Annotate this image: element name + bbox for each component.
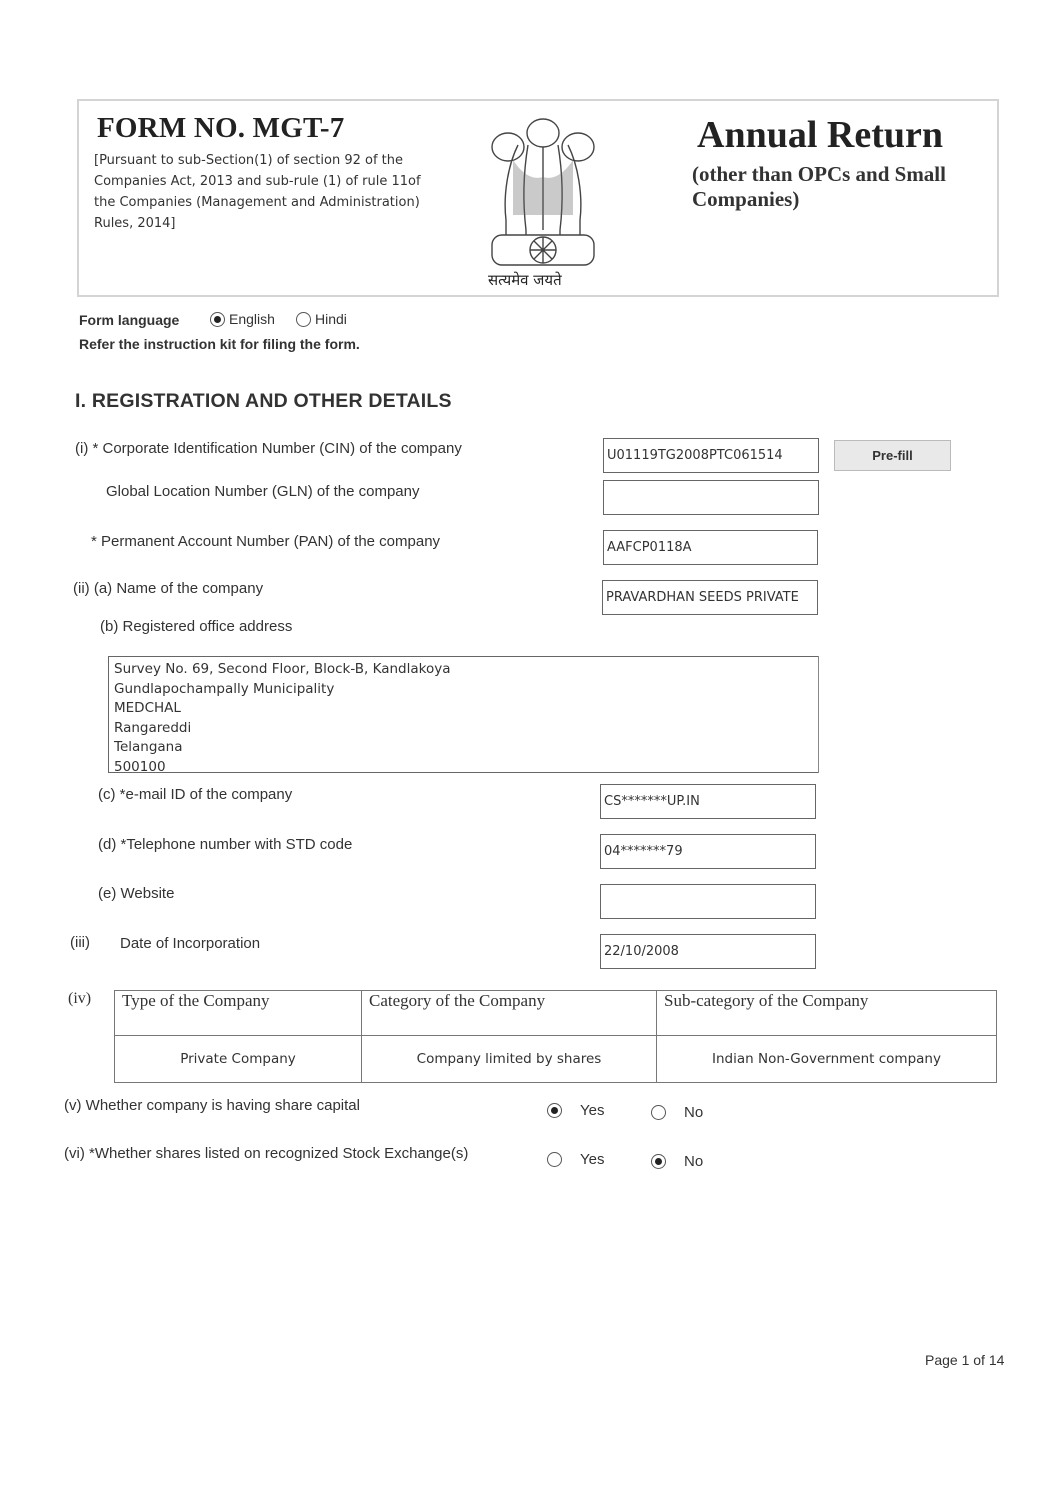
phone-label: (d) *Telephone number with STD code xyxy=(98,836,352,853)
header-category: Category of the Company xyxy=(362,991,657,1036)
listed-yes-label: Yes xyxy=(580,1151,604,1168)
gln-field[interactable] xyxy=(603,480,819,515)
form-subtitle: (other than OPCs and Small Companies) xyxy=(692,162,992,212)
cin-field[interactable]: U01119TG2008PTC061514 xyxy=(603,438,819,473)
company-table-num: (iv) xyxy=(68,990,91,1008)
website-field[interactable] xyxy=(600,884,816,919)
incorporation-num: (iii) xyxy=(70,934,90,951)
form-title: Annual Return xyxy=(697,113,943,157)
language-english-label: English xyxy=(229,311,275,327)
company-type-table: Type of the Company Category of the Comp… xyxy=(114,990,997,1083)
website-label: (e) Website xyxy=(98,885,174,902)
company-name-field[interactable]: PRAVARDHAN SEEDS PRIVATE xyxy=(602,580,818,615)
language-hindi-option[interactable]: Hindi xyxy=(296,311,347,327)
company-name-label: (ii) (a) Name of the company xyxy=(73,580,263,597)
value-subcategory: Indian Non-Government company xyxy=(657,1036,997,1083)
header-subcategory: Sub-category of the Company xyxy=(657,991,997,1036)
email-field[interactable]: CS*******UP.IN xyxy=(600,784,816,819)
page-number: Page 1 of 14 xyxy=(925,1352,1004,1368)
address-line: Telangana xyxy=(114,738,813,758)
national-emblem-icon xyxy=(478,105,608,290)
address-line: MEDCHAL xyxy=(114,699,813,719)
address-line: Gundlapochampally Municipality xyxy=(114,680,813,700)
share-capital-no-label: No xyxy=(684,1104,703,1121)
section-title: I. REGISTRATION AND OTHER DETAILS xyxy=(75,390,452,413)
prefill-button[interactable]: Pre-fill xyxy=(834,440,951,471)
share-capital-label: (v) Whether company is having share capi… xyxy=(64,1097,360,1114)
email-label: (c) *e-mail ID of the company xyxy=(98,786,292,803)
form-language-label: Form language xyxy=(79,312,179,328)
pan-label: * Permanent Account Number (PAN) of the … xyxy=(91,533,440,550)
radio-listed-no[interactable] xyxy=(651,1154,666,1169)
cin-label: (i) * Corporate Identification Number (C… xyxy=(75,440,462,457)
table-row: Private Company Company limited by share… xyxy=(115,1036,997,1083)
address-label: (b) Registered office address xyxy=(100,618,292,635)
incorporation-date-field[interactable]: 22/10/2008 xyxy=(600,934,816,969)
radio-listed-yes[interactable] xyxy=(547,1152,562,1167)
pan-field[interactable]: AAFCP0118A xyxy=(603,530,818,565)
radio-english[interactable] xyxy=(210,312,225,327)
address-line: 500100 xyxy=(114,758,813,774)
form-number: FORM NO. MGT-7 xyxy=(97,112,344,145)
instruction-text: Refer the instruction kit for filing the… xyxy=(79,336,360,352)
listed-yes-option[interactable]: Yes xyxy=(547,1151,604,1168)
address-line: Rangareddi xyxy=(114,719,813,739)
share-capital-yes-label: Yes xyxy=(580,1102,604,1119)
listed-no-label: No xyxy=(684,1153,703,1170)
language-english-option[interactable]: English xyxy=(210,311,275,327)
language-hindi-label: Hindi xyxy=(315,311,347,327)
listed-no-option[interactable]: No xyxy=(651,1153,703,1170)
incorporation-label: Date of Incorporation xyxy=(120,935,260,952)
radio-share-capital-no[interactable] xyxy=(651,1105,666,1120)
phone-field[interactable]: 04*******79 xyxy=(600,834,816,869)
share-capital-no-option[interactable]: No xyxy=(651,1104,703,1121)
value-category: Company limited by shares xyxy=(362,1036,657,1083)
listed-label: (vi) *Whether shares listed on recognize… xyxy=(64,1145,468,1162)
address-line: Survey No. 69, Second Floor, Block-B, Ka… xyxy=(114,660,813,680)
radio-share-capital-yes[interactable] xyxy=(547,1103,562,1118)
value-type: Private Company xyxy=(115,1036,362,1083)
address-field[interactable]: Survey No. 69, Second Floor, Block-B, Ka… xyxy=(108,656,818,773)
address-field-border xyxy=(816,656,819,773)
header-type: Type of the Company xyxy=(115,991,362,1036)
pursuant-text: [Pursuant to sub-Section(1) of section 9… xyxy=(94,150,439,234)
radio-hindi[interactable] xyxy=(296,312,311,327)
table-header-row: Type of the Company Category of the Comp… xyxy=(115,991,997,1036)
emblem-motto: सत्यमेव जयते xyxy=(488,270,562,290)
share-capital-yes-option[interactable]: Yes xyxy=(547,1102,604,1119)
gln-label: Global Location Number (GLN) of the comp… xyxy=(106,483,419,500)
